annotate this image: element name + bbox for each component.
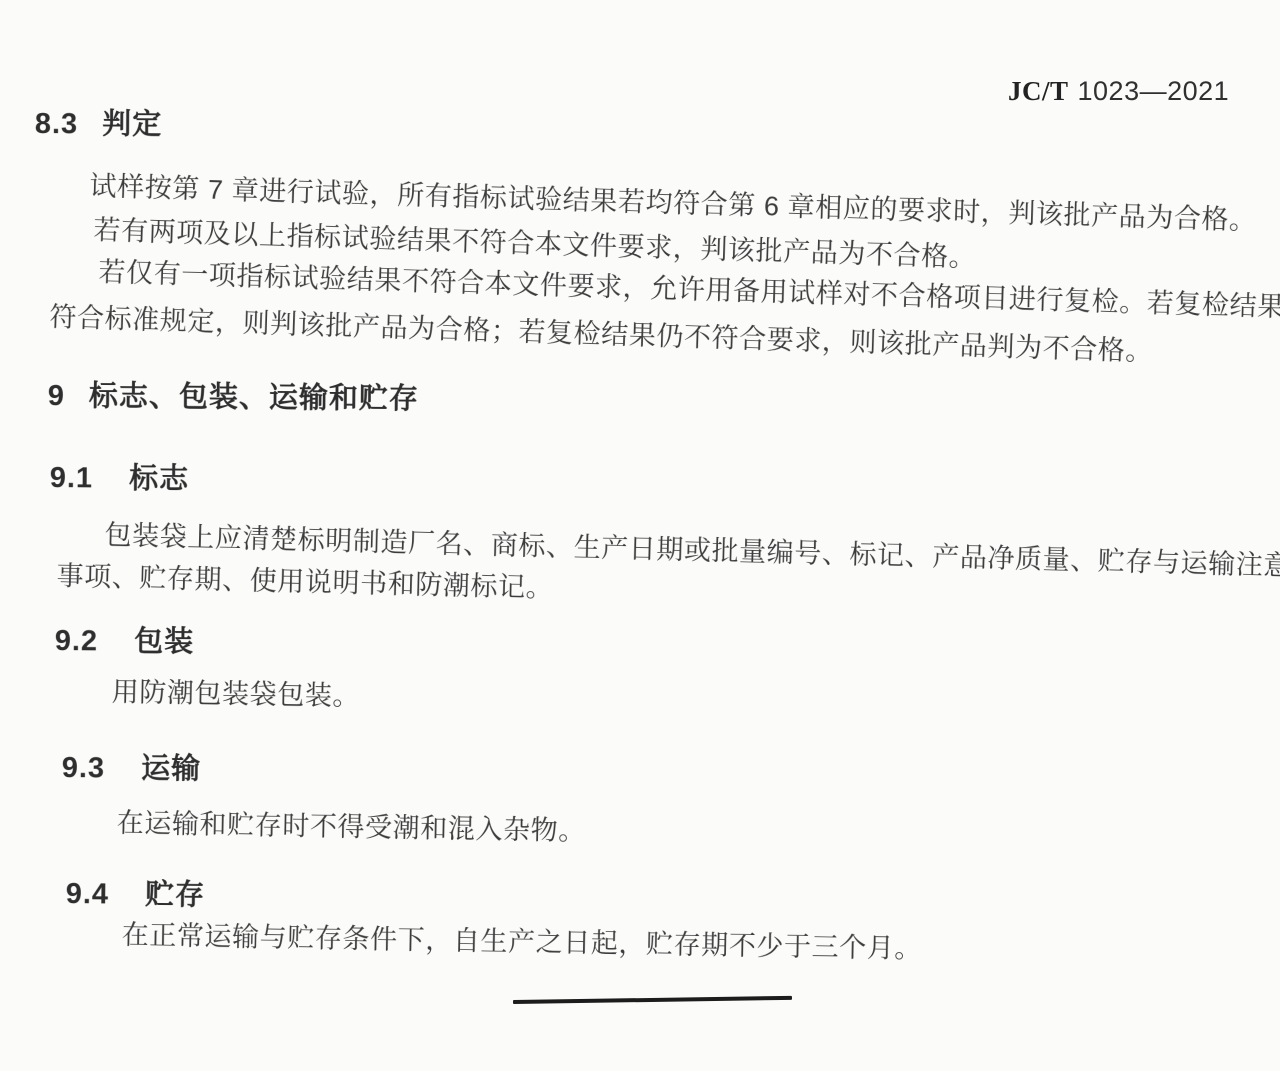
standard-code-header: JC/T1023—2021 xyxy=(1008,76,1229,107)
section-heading-9: 9标志、包装、运输和贮存 xyxy=(48,373,419,417)
section-title: 标志 xyxy=(129,463,189,496)
section-title: 贮存 xyxy=(145,879,205,912)
section-heading-9-4: 9.4贮存 xyxy=(66,871,206,913)
standard-code-prefix: JC/T xyxy=(1008,76,1069,106)
paragraph-line: 事项、贮存期、使用说明书和防潮标记。 xyxy=(56,560,553,605)
section-number: 9.3 xyxy=(62,752,106,785)
section-title: 包装 xyxy=(134,626,194,659)
paragraph-line: 在正常运输与贮存条件下，自生产之日起，贮存期不少于三个月。 xyxy=(121,919,922,965)
section-number: 8.3 xyxy=(35,108,79,141)
section-title: 标志、包装、运输和贮存 xyxy=(89,380,419,415)
section-number: 9 xyxy=(48,380,65,413)
section-title: 运输 xyxy=(141,753,201,786)
section-number: 9.2 xyxy=(55,625,99,658)
section-heading-9-2: 9.2包装 xyxy=(55,618,195,660)
section-title: 判定 xyxy=(102,108,162,140)
section-heading-9-1: 9.1标志 xyxy=(50,455,190,497)
end-of-document-rule xyxy=(513,996,792,1004)
paragraph-line: 在运输和贮存时不得受潮和混入杂物。 xyxy=(116,807,586,848)
standard-code-number: 1023—2021 xyxy=(1078,76,1230,106)
section-heading-8-3: 8.3判定 xyxy=(35,101,163,143)
document-page: JC/T1023—2021 8.3判定 试样按第 7 章进行试验，所有指标试验结… xyxy=(0,0,1280,1071)
paragraph-line: 用防潮包装袋包装。 xyxy=(111,676,360,713)
section-heading-9-3: 9.3运输 xyxy=(62,745,202,787)
section-number: 9.4 xyxy=(66,878,110,911)
section-number: 9.1 xyxy=(50,462,94,495)
